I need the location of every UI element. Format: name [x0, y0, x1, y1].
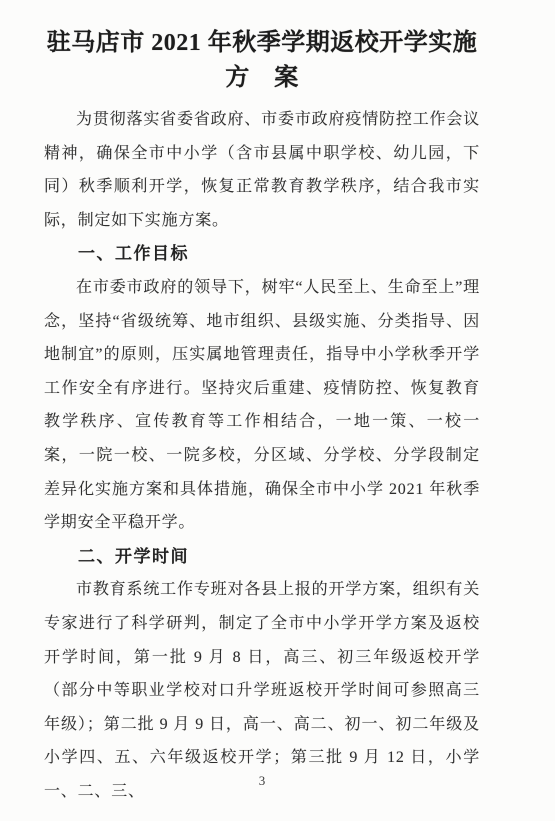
document-page: 驻马店市 2021 年秋季学期返校开学实施 方 案 为贯彻落实省委省政府、市委市…	[0, 0, 555, 821]
section-heading: 一、工作目标	[44, 237, 480, 271]
document-title: 驻马店市 2021 年秋季学期返校开学实施 方 案	[44, 26, 480, 96]
body-paragraph: 为贯彻落实省委省政府、市委市政府疫情防控工作会议精神，确保全市中小学（含市县属中…	[44, 103, 480, 237]
document-body: 为贯彻落实省委省政府、市委市政府疫情防控工作会议精神，确保全市中小学（含市县属中…	[44, 103, 480, 808]
document-title-line2: 方 案	[44, 61, 480, 96]
section-heading: 二、开学时间	[44, 540, 480, 574]
page-number: 3	[259, 773, 266, 788]
body-paragraph: 在市委市政府的领导下，树牢“人民至上、生命至上”理念，坚持“省级统筹、地市组织、…	[44, 271, 480, 540]
page-footer: 3	[44, 772, 480, 790]
document-title-line1: 驻马店市 2021 年秋季学期返校开学实施	[44, 26, 480, 61]
